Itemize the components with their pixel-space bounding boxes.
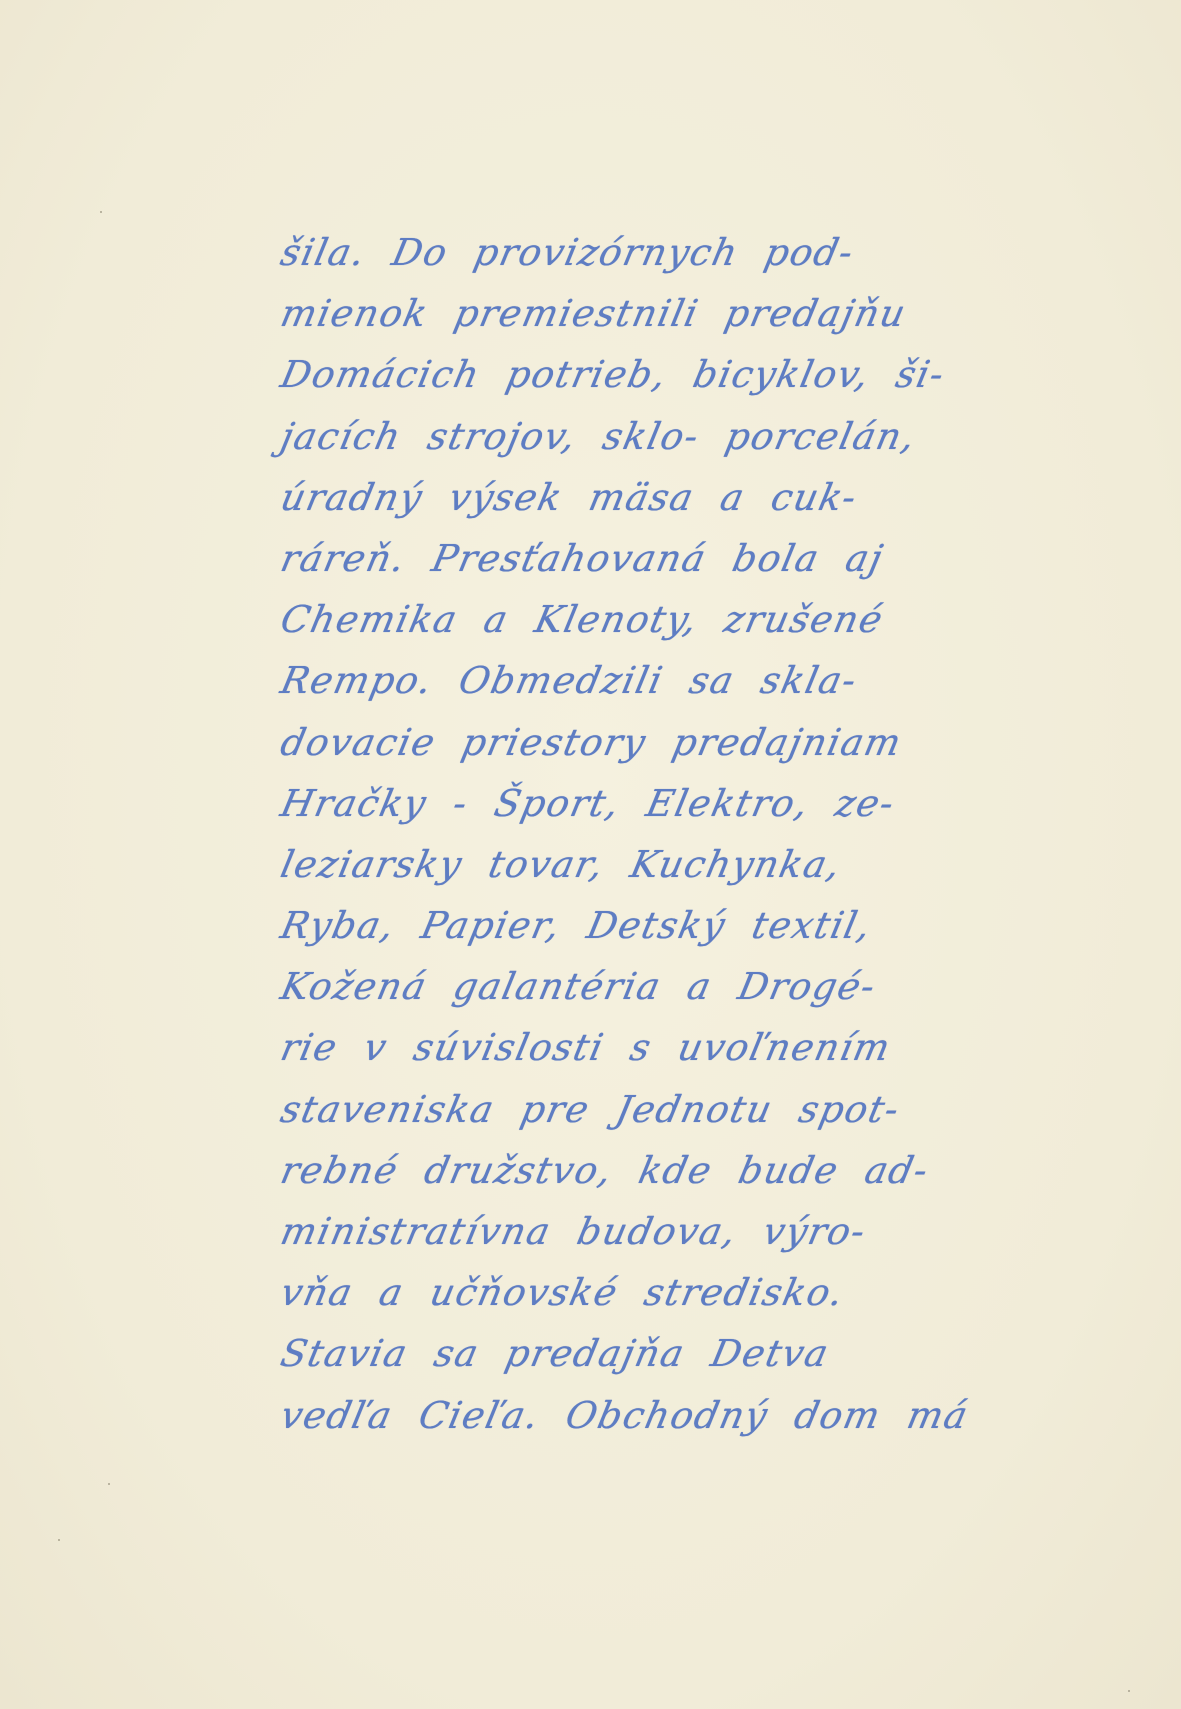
- handwritten-line: staveniska pre Jednotu spot-: [275, 1079, 1048, 1140]
- handwritten-line: ministratívna budova, výro-: [275, 1201, 1048, 1262]
- handwritten-line: vedľa Cieľa. Obchodný dom má: [275, 1385, 1048, 1446]
- paper-speck: [100, 211, 102, 213]
- handwritten-line: Domácich potrieb, bicyklov, ši-: [275, 344, 1048, 405]
- handwritten-line: Rempo. Obmedzili sa skla-: [275, 650, 1048, 711]
- handwritten-line: Ryba, Papier, Detský textil,: [275, 895, 1048, 956]
- handwritten-line: mienok premiestnili predajňu: [275, 283, 1048, 344]
- handwritten-line: jacích strojov, sklo- porcelán,: [275, 406, 1048, 467]
- paper-speck: [58, 1539, 60, 1541]
- handwritten-line: leziarsky tovar, Kuchynka,: [275, 834, 1048, 895]
- handwritten-line: rie v súvislosti s uvoľnením: [275, 1017, 1048, 1078]
- handwritten-line: Chemika a Klenoty, zrušené: [275, 589, 1048, 650]
- handwritten-line: rebné družstvo, kde bude ad-: [275, 1140, 1048, 1201]
- paper-speck: [108, 1483, 110, 1485]
- handwritten-line: Kožená galantéria a Drogé-: [275, 956, 1048, 1017]
- handwritten-line: Stavia sa predajňa Detva: [275, 1323, 1048, 1384]
- paper-speck: [1128, 1690, 1130, 1692]
- handwritten-text-block: šila. Do provizórnych pod- mienok premie…: [275, 222, 1035, 1446]
- handwritten-line: šila. Do provizórnych pod-: [275, 222, 1048, 283]
- handwritten-line: Hračky - Šport, Elektro, ze-: [275, 773, 1048, 834]
- handwritten-line: ráreň. Presťahovaná bola aj: [275, 528, 1048, 589]
- document-page: šila. Do provizórnych pod- mienok premie…: [0, 0, 1181, 1709]
- handwritten-line: dovacie priestory predajniam: [275, 712, 1048, 773]
- handwritten-line: vňa a učňovské stredisko.: [275, 1262, 1048, 1323]
- handwritten-line: úradný výsek mäsa a cuk-: [275, 467, 1048, 528]
